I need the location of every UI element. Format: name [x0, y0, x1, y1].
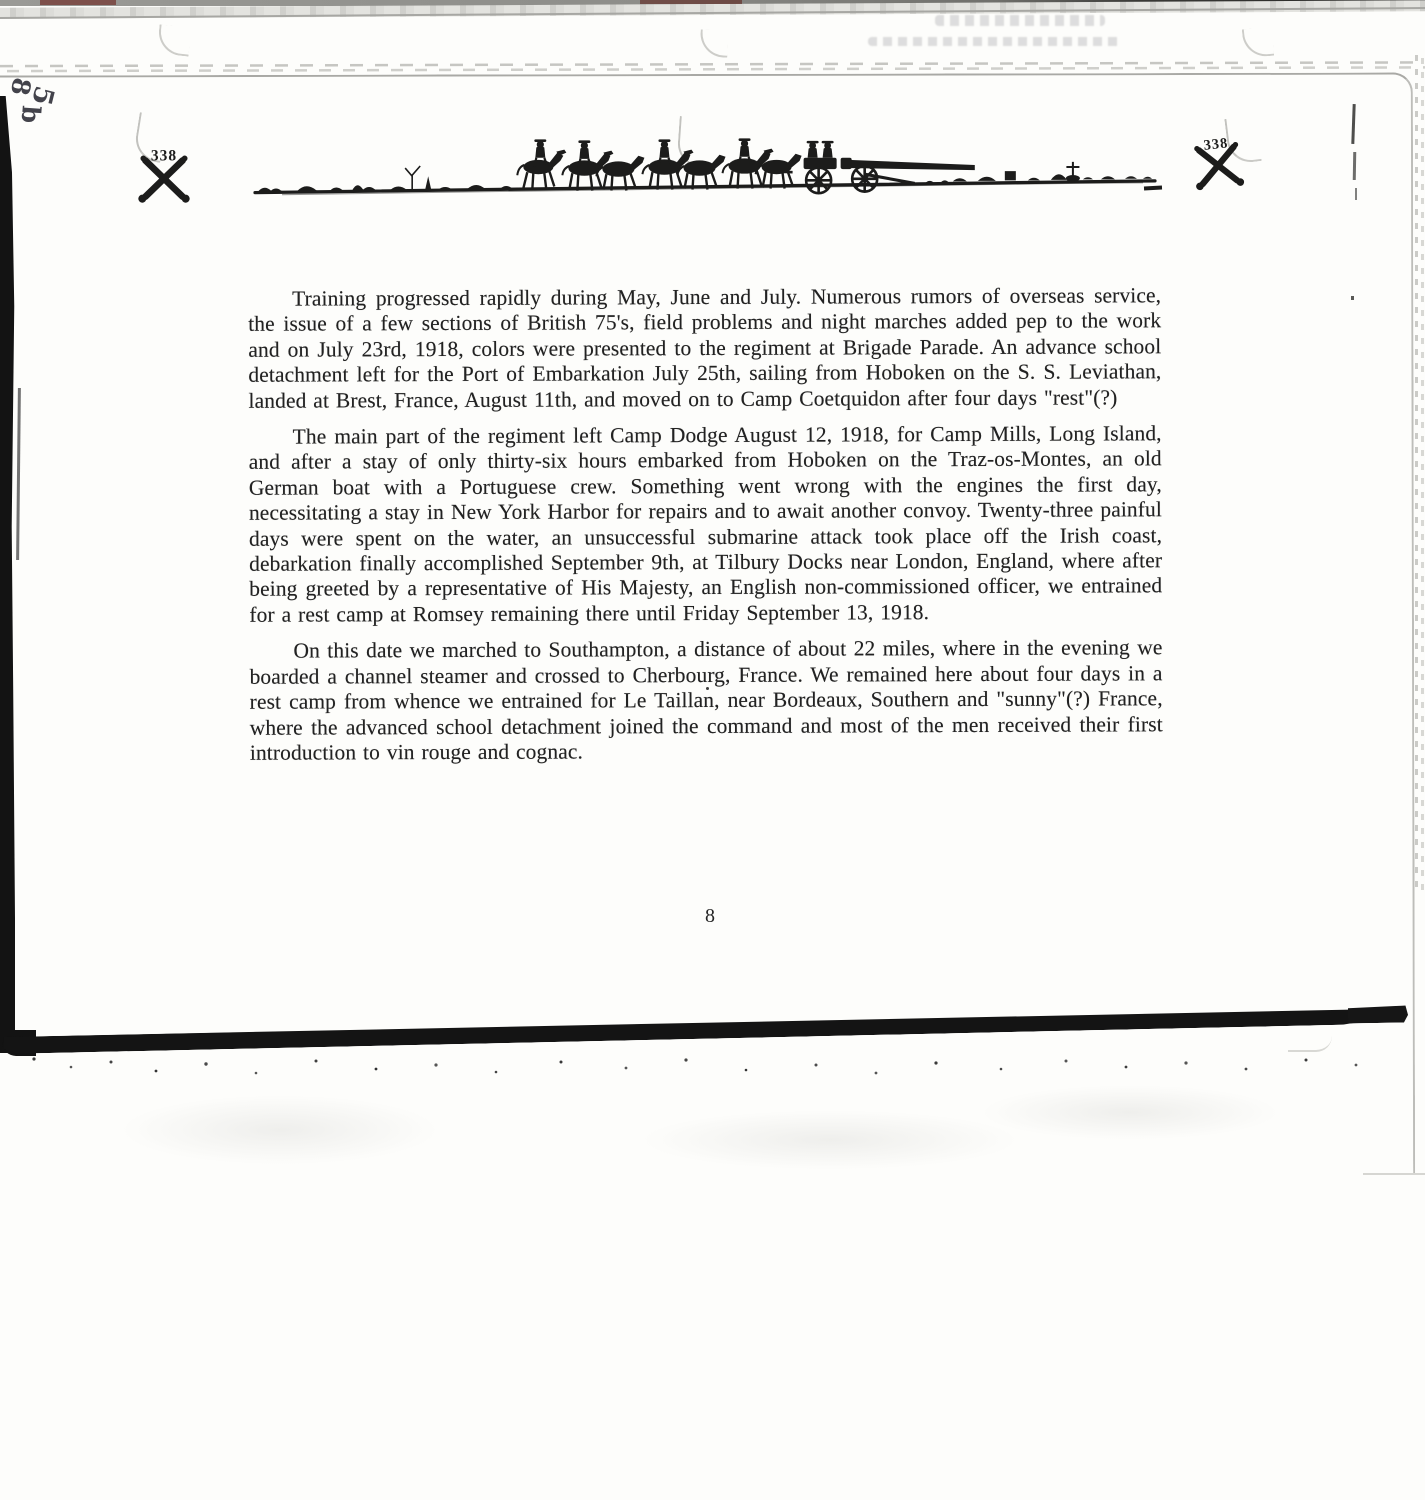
hole-punch-curl	[699, 29, 728, 57]
hole-punch-curl	[1242, 27, 1274, 59]
scanned-page: 8 5 b 338 338	[0, 0, 1425, 1500]
scan-smudge	[640, 1110, 1020, 1170]
paragraph-1: Training progressed rapidly during May, …	[248, 283, 1161, 414]
scan-stray-mark	[1355, 188, 1357, 200]
scan-red-mark	[640, 0, 742, 4]
crossed-cannons-338-icon: 338	[1180, 131, 1256, 198]
hole-punch-curl	[157, 24, 192, 56]
scan-red-mark	[40, 0, 116, 5]
scan-stray-mark	[1351, 296, 1354, 300]
right-perforation-strip	[1413, 55, 1425, 895]
scan-speck	[706, 687, 709, 690]
paragraph-2: The main part of the regiment left Camp …	[249, 421, 1163, 628]
horse-drawn-artillery-illustration	[252, 124, 1158, 208]
body-text: Training progressed rapidly during May, …	[248, 283, 1163, 777]
scan-smudge	[980, 1085, 1280, 1140]
toner-speckles	[15, 1052, 17, 1054]
insignia-number: 338	[151, 147, 177, 164]
bleed-through-text	[868, 37, 1120, 46]
photocopy-edge-bar-end	[1348, 1005, 1408, 1023]
crossed-cannons-338-icon: 338	[126, 145, 202, 209]
page-number: 8	[698, 905, 722, 928]
paragraph-3: On this date we marched to Southampton, …	[249, 636, 1162, 767]
insignia-number: 338	[1203, 135, 1229, 153]
underlying-page-bottom-edge	[1363, 1173, 1425, 1175]
handwritten-note: b	[16, 105, 46, 124]
scan-stray-mark	[1353, 152, 1356, 180]
bleed-through-text	[935, 15, 1105, 26]
scan-smudge	[120, 1095, 440, 1165]
